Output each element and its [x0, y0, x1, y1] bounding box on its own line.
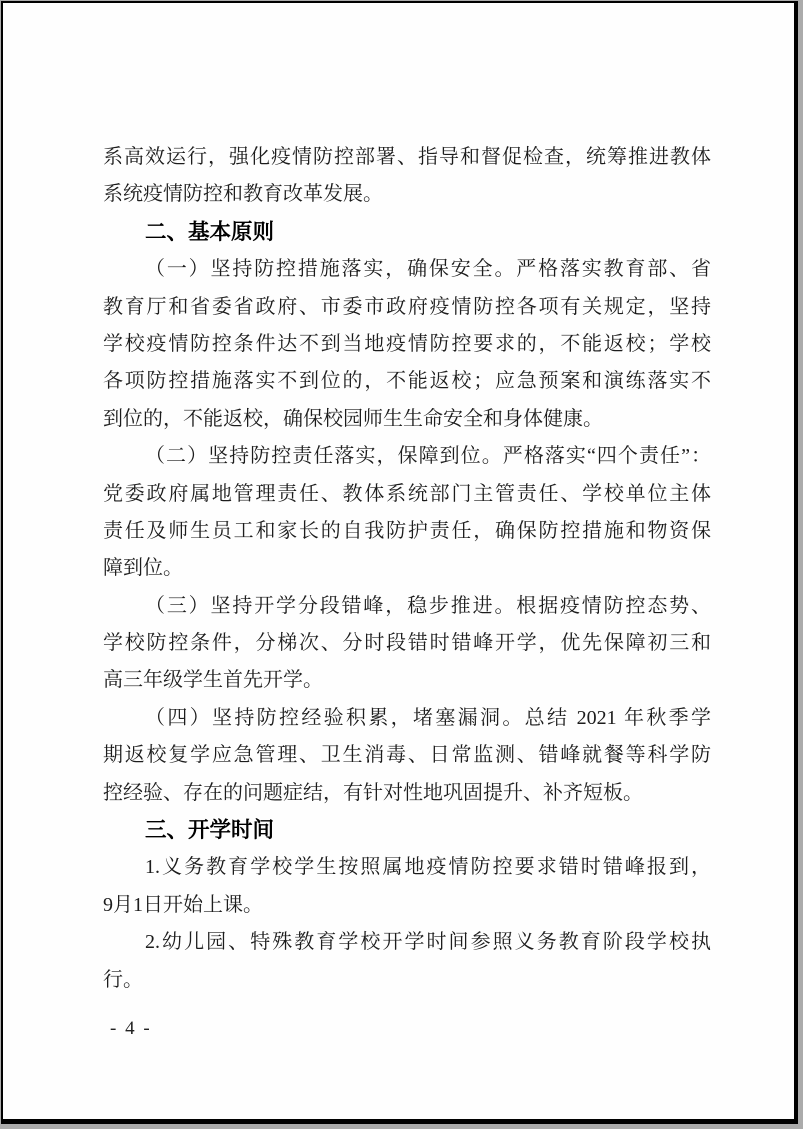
document-line: 教育厅和省委省政府、市委市政府疫情防控各项有关规定，坚持: [103, 289, 711, 326]
section-heading: 三、开学时间: [103, 812, 711, 849]
document-line: 学校疫情防控条件达不到当地疫情防控要求的，不能返校；学校: [103, 326, 711, 363]
document-line: （四）坚持防控经验积累，堵塞漏洞。总结 2021 年秋季学: [103, 700, 711, 737]
document-line: 学校防控条件，分梯次、分时段错时错峰开学，优先保障初三和: [103, 625, 711, 662]
document-line: （三）坚持开学分段错峰，稳步推进。根据疫情防控态势、: [103, 588, 711, 625]
document-line: （二）坚持防控责任落实，保障到位。严格落实“四个责任”：: [103, 438, 711, 475]
document-line: 1.义务教育学校学生按照属地疫情防控要求错时错峰报到，: [103, 849, 711, 886]
document-line: 系高效运行，强化疫情防控部署、指导和督促检查，统筹推进教体: [103, 139, 711, 176]
document-body: 系高效运行，强化疫情防控部署、指导和督促检查，统筹推进教体 系统疫情防控和教育改…: [103, 139, 711, 1047]
document-page: 系高效运行，强化疫情防控部署、指导和督促检查，统筹推进教体 系统疫情防控和教育改…: [1, 1, 798, 1124]
document-line: 责任及师生员工和家长的自我防护责任，确保防控措施和物资保: [103, 513, 711, 550]
section-heading: 二、基本原则: [103, 214, 711, 251]
document-line: 系统疫情防控和教育改革发展。: [103, 176, 711, 213]
document-line: 各项防控措施落实不到位的，不能返校；应急预案和演练落实不: [103, 363, 711, 400]
document-line: 高三年级学生首先开学。: [103, 662, 711, 699]
document-line: 期返校复学应急管理、卫生消毒、日常监测、错峰就餐等科学防: [103, 737, 711, 774]
page-number: - 4 -: [110, 1010, 711, 1047]
document-line: 到位的，不能返校，确保校园师生生命安全和身体健康。: [103, 401, 711, 438]
document-line: 2.幼儿园、特殊教育学校开学时间参照义务教育阶段学校执: [103, 924, 711, 961]
document-line: 控经验、存在的问题症结，有针对性地巩固提升、补齐短板。: [103, 775, 711, 812]
document-line: （一）坚持防控措施落实，确保安全。严格落实教育部、省: [103, 251, 711, 288]
document-line: 障到位。: [103, 550, 711, 587]
document-line: 行。: [103, 962, 711, 999]
document-line: 党委政府属地管理责任、教体系统部门主管责任、学校单位主体: [103, 476, 711, 513]
document-line: 9月1日开始上课。: [103, 887, 711, 924]
